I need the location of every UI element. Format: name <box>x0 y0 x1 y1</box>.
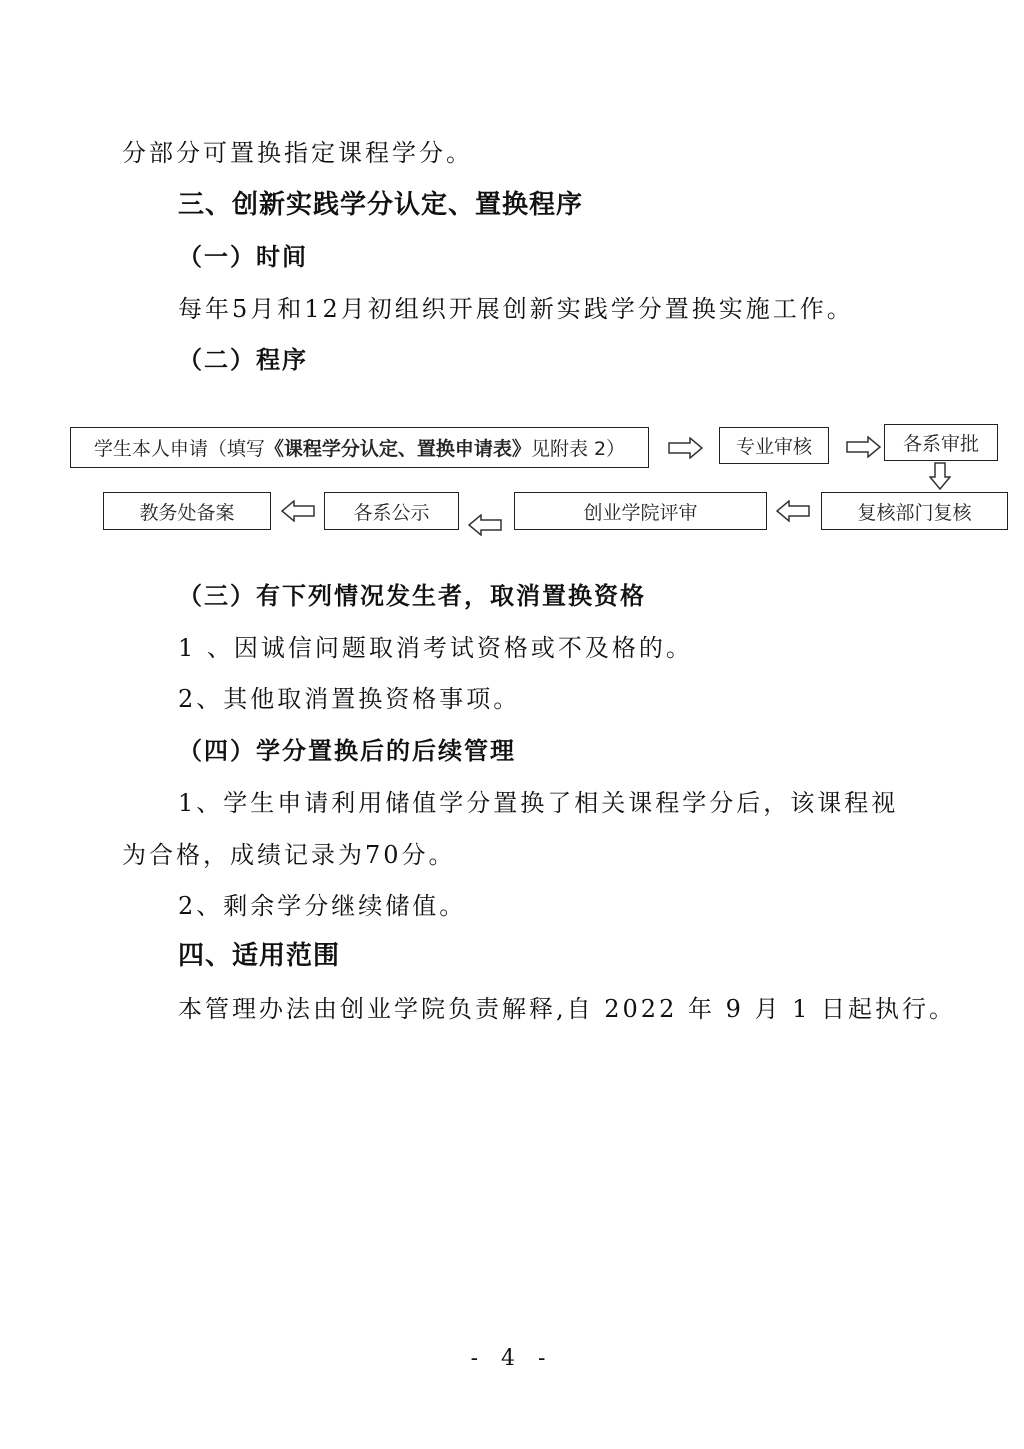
section-4-heading: 四、适用范围 <box>178 941 340 971</box>
continuation-line: 分部分可置换指定课程学分。 <box>122 138 473 168</box>
flow-step-recheck: 复核部门复核 <box>821 492 1008 530</box>
subsection-1-heading: （一）时间 <box>178 242 308 272</box>
flow-step-college-review: 创业学院评审 <box>514 492 767 530</box>
section-4-text: 本管理办法由创业学院负责解释,自 2022 年 9 月 1 日起执行。 <box>178 994 956 1024</box>
arrow-left-icon <box>468 514 502 536</box>
flow-step-dept-publicity: 各系公示 <box>324 492 459 530</box>
subsection-3-item-2: 2、其他取消置换资格事项。 <box>178 684 520 714</box>
subsection-4-heading: （四）学分置换后的后续管理 <box>178 736 516 766</box>
subsection-3-heading: （三）有下列情况发生者，取消置换资格 <box>178 581 646 611</box>
flow-step-registry-filing: 教务处备案 <box>103 492 271 530</box>
subsection-1-text: 每年5月和12月初组织开展创新实践学分置换实施工作。 <box>178 294 854 324</box>
subsection-4-item-2: 2、剩余学分继续储值。 <box>178 891 466 921</box>
arrow-left-icon <box>776 500 810 522</box>
arrow-right-icon <box>846 436 882 458</box>
flow-step-apply-suffix: 见附表 2） <box>531 434 625 461</box>
subsection-4-item-1-line-1: 1、学生申请利用储值学分置换了相关课程学分后，该课程视 <box>178 788 898 818</box>
flow-step-apply: 学生本人申请（填写《课程学分认定、置换申请表》见附表 2） <box>70 427 649 468</box>
flow-step-dept-approval: 各系审批 <box>884 424 998 461</box>
page-number: - 4 - <box>0 1346 1024 1371</box>
flow-step-major-review: 专业审核 <box>719 427 829 464</box>
subsection-4-item-1-line-2: 为合格，成绩记录为70分。 <box>122 840 456 870</box>
flow-step-apply-prefix: 学生本人申请（填写 <box>94 434 265 461</box>
flow-step-apply-form: 《课程学分认定、置换申请表》 <box>265 434 531 461</box>
subsection-2-heading: （二）程序 <box>178 345 308 375</box>
subsection-3-item-1: 1 、因诚信问题取消考试资格或不及格的。 <box>178 633 693 663</box>
arrow-left-icon <box>281 500 315 522</box>
section-3-heading: 三、创新实践学分认定、置换程序 <box>178 190 583 220</box>
arrow-right-icon <box>668 437 704 459</box>
arrow-down-icon <box>929 462 951 490</box>
